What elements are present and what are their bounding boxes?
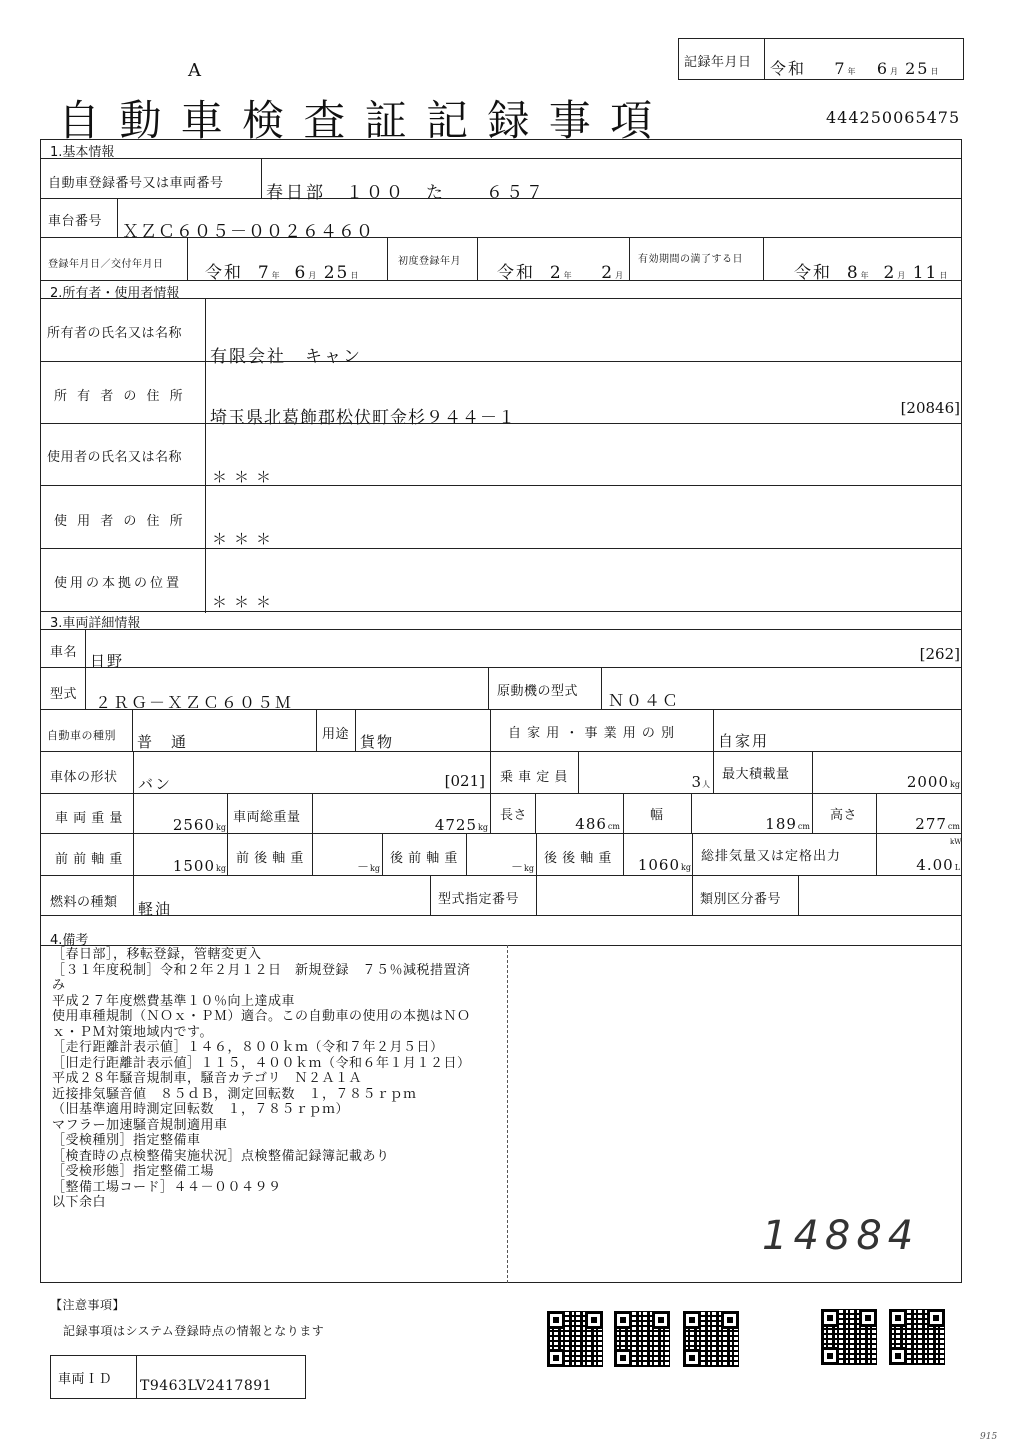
vehicle-id: T9463LV2417891	[140, 1378, 272, 1394]
usage: 貨物	[360, 731, 394, 752]
car-name-code: [262]	[880, 645, 960, 663]
user-address: ＊＊＊	[212, 528, 278, 549]
qr-code-3	[683, 1311, 739, 1367]
remarks-line: ［検査時の点検整備実施状況］点検整備記録簿記載あり	[52, 1149, 471, 1165]
engine-model: Ｎ０４Ｃ	[608, 688, 680, 711]
max-load-label: 最大積載量	[722, 763, 790, 782]
remarks-line: ［春日部］，移転登録，管轄変更入	[52, 947, 471, 963]
owner-name-label: 所有者の氏名又は名称	[47, 322, 182, 341]
fuel-label: 燃料の種類	[50, 891, 118, 910]
registration-number: 春日部 １００ た ６５７	[266, 178, 546, 203]
record-date-label: 記録年月日	[684, 51, 752, 70]
owner-name: 有限会社 キャン	[210, 342, 362, 367]
base-location: ＊＊＊	[212, 591, 278, 612]
capacity: 3人	[620, 773, 710, 791]
remarks-line: 以下余白	[52, 1195, 471, 1211]
corner-mark: 915	[980, 1432, 997, 1442]
remarks-line: ［旧走行距離計表示値］１１５，４００ｋｍ（令和６年１月１２日）	[52, 1056, 471, 1072]
vehicle-class-label: 自動車の種別	[47, 727, 116, 743]
document-number: 444250065475	[826, 108, 960, 127]
body-shape: バン	[138, 773, 172, 794]
gross-weight: 4725kg	[380, 816, 488, 834]
remarks-line: ［３１年度税制］令和２年２月１２日 新規登録 ７５％減税措置済	[52, 963, 471, 979]
handwritten-note: 14884	[762, 1213, 919, 1259]
width: 189cm	[700, 815, 810, 833]
rf-axle-label: 後 前 軸 重	[390, 847, 458, 866]
remarks-line: マフラー加速騒音規制適用車	[52, 1118, 471, 1134]
base-location-label: 使用の本拠の位置	[54, 572, 182, 591]
capacity-label: 乗 車 定 員	[500, 766, 568, 785]
owner-address-label: 所 有 者 の 住 所	[54, 385, 186, 404]
usage-label: 用途	[322, 723, 349, 742]
private-business-label: 自 家 用 ・ 事 業 用 の 別	[508, 722, 675, 741]
vehicle-id-label: 車両ＩＤ	[58, 1368, 112, 1387]
width-label: 幅	[650, 804, 664, 823]
qr-code-4	[821, 1309, 877, 1365]
length: 486cm	[540, 815, 620, 833]
remarks-line: ［受検形態］指定整備工場	[52, 1164, 471, 1180]
remarks-line: 平成２８年騒音規制車，騒音カテゴリ Ｎ２Ａ１Ａ	[52, 1071, 471, 1087]
remarks-line: ［受検種別］指定整備車	[52, 1133, 471, 1149]
rr-axle: 1060kg	[625, 856, 691, 874]
remarks-line: み	[52, 978, 471, 994]
form-mark: A	[188, 60, 201, 81]
user-name: ＊＊＊	[212, 466, 278, 487]
first-registration-label: 初度登録年月	[398, 252, 461, 267]
fr-axle-label: 前 後 軸 重	[236, 847, 304, 866]
remarks-line: ［走行距離計表示値］１４６，８００ｋｍ（令和７年２月５日）	[52, 1040, 471, 1056]
rf-axle: －kg	[470, 858, 534, 875]
height-label: 高さ	[830, 804, 857, 823]
car-name-label: 車名	[50, 641, 77, 660]
type-designation-label: 型式指定番号	[438, 888, 519, 907]
ff-axle: 1500kg	[140, 857, 226, 875]
category-label: 類別区分番号	[700, 888, 781, 907]
qr-code-2	[614, 1311, 670, 1367]
weight-label: 車 両 重 量	[55, 807, 123, 826]
notes-title: 【注意事項】	[50, 1296, 125, 1313]
registration-date-label: 登録年月日／交付年月日	[48, 255, 164, 270]
remarks-line: 近接排気騒音値 ８５ｄＢ，測定回転数 １，７８５ｒｐｍ	[52, 1087, 471, 1103]
owner-address-code: [20846]	[880, 399, 960, 417]
remarks-line: （旧基準適用時測定回転数 １，７８５ｒｐｍ）	[52, 1102, 471, 1118]
expiry-label: 有効期間の満了する日	[638, 250, 743, 265]
engine-model-label: 原動機の型式	[497, 680, 578, 699]
remarks-line: ｘ・ＰＭ対策地域内です。	[52, 1025, 471, 1041]
model-label: 型式	[50, 683, 77, 702]
weight: 2560kg	[140, 816, 226, 834]
qr-code-1	[547, 1311, 603, 1367]
chassis-number-label: 車台番号	[48, 210, 102, 229]
remarks-line: 使用車種規制（ＮＯｘ・ＰＭ）適合。この自動車の使用の本拠はＮＯ	[52, 1009, 471, 1025]
qr-code-5	[889, 1309, 945, 1365]
user-name-label: 使用者の氏名又は名称	[47, 446, 182, 465]
owner-address: 埼玉県北葛飾郡松伏町金杉９４４－１	[210, 403, 516, 428]
notes-text: 記録事項はシステム登録時点の情報となります	[63, 1322, 324, 1339]
ff-axle-label: 前 前 軸 重	[55, 848, 123, 867]
private-business: 自家用	[718, 730, 769, 751]
rr-axle-label: 後 後 軸 重	[544, 847, 612, 866]
max-load: 2000kg	[860, 773, 960, 791]
user-address-label: 使 用 者 の 住 所	[54, 510, 186, 529]
vehicle-class: 普 通	[137, 731, 188, 752]
remarks-line: 平成２７年度燃費基準１０％向上達成車	[52, 994, 471, 1010]
height: 277cm	[880, 815, 960, 833]
displacement-label: 総排気量又は定格出力	[701, 845, 841, 864]
body-shape-label: 車体の形状	[50, 766, 118, 785]
body-shape-code: [021]	[400, 772, 485, 790]
registration-number-label: 自動車登録番号又は車両番号	[48, 172, 224, 191]
kw-unit: kW	[950, 838, 961, 846]
remarks-text: ［春日部］，移転登録，管轄変更入［３１年度税制］令和２年２月１２日 新規登録 ７…	[52, 947, 471, 1211]
fr-axle: －kg	[320, 858, 380, 875]
displacement: 4.00L	[880, 856, 960, 874]
chassis-number: ＸＺＣ６０５－００２６４６０	[122, 217, 374, 242]
gross-weight-label: 車両総重量	[233, 806, 301, 825]
record-date: 令和 7年 6月 25日	[770, 56, 938, 79]
length-label: 長さ	[500, 804, 527, 823]
remarks-line: ［整備工場コード］４４－００４９９	[52, 1180, 471, 1196]
